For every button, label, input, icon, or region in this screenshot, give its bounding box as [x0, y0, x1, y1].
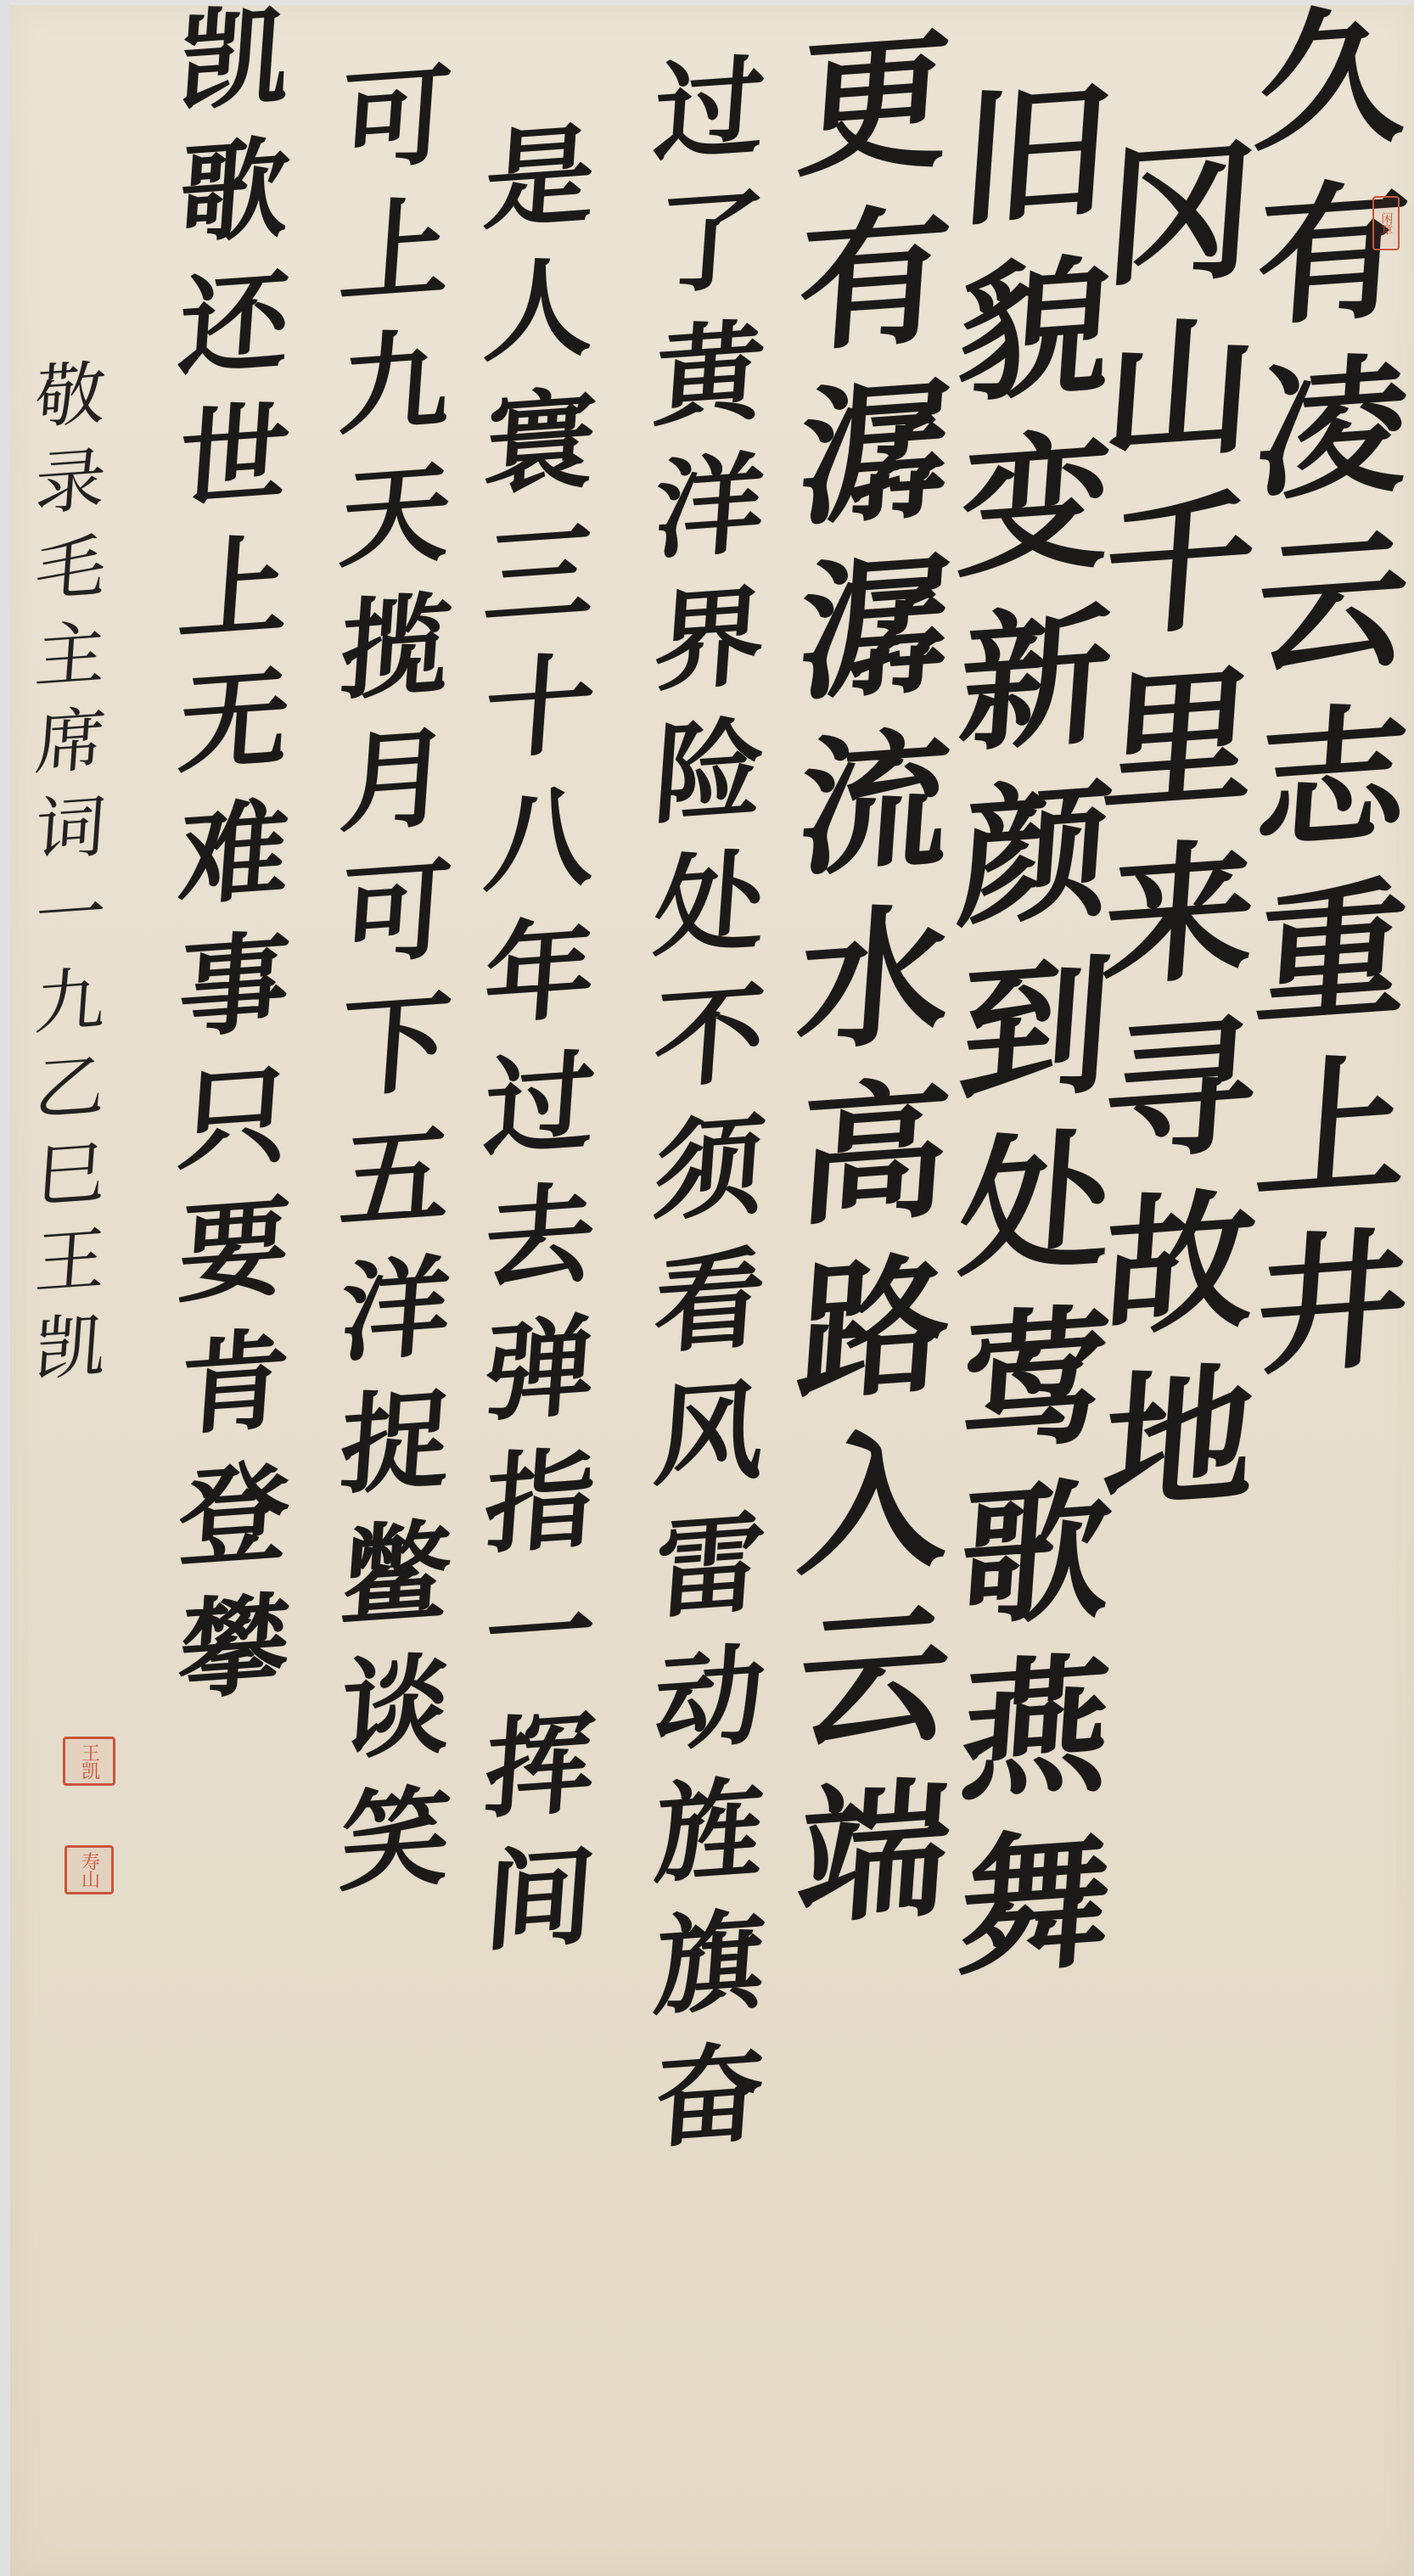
poem-character: 凯 [176, 2, 293, 118]
poem-character: 端 [794, 1774, 955, 1933]
inscription-character: 一 [33, 878, 108, 953]
poem-character: 处 [651, 847, 768, 963]
inscription-column: 敬录毛主席词一九乙巳王凯 [36, 362, 105, 1400]
poem-character: 只 [176, 1061, 293, 1177]
poem-character: 过 [651, 53, 768, 169]
poem-character: 燕 [955, 1650, 1116, 1810]
poem-character: 指 [481, 1445, 598, 1561]
poem-character: 难 [176, 796, 293, 912]
poem-character: 到 [955, 951, 1116, 1110]
poem-character: 奋 [651, 2039, 768, 2155]
poem-character: 歌 [955, 1475, 1116, 1635]
poem-character: 风 [651, 1377, 768, 1493]
poem-character: 下 [337, 988, 454, 1104]
poem-character: 可 [337, 856, 454, 972]
poem-character: 动 [651, 1642, 768, 1758]
inscription-character: 乙 [33, 1052, 108, 1126]
poem-character: 貌 [955, 251, 1116, 411]
poem-character: 三 [481, 518, 598, 634]
poem-character: 弹 [481, 1312, 598, 1428]
poem-character: 天 [337, 458, 454, 575]
poem-character: 八 [481, 783, 598, 899]
inscription-character: 主 [33, 619, 108, 693]
poem-character: 世 [176, 399, 293, 515]
poem-character: 重 [1252, 874, 1413, 1034]
poem-character: 人 [481, 253, 598, 369]
poem-character: 高 [794, 1075, 955, 1234]
poem-character: 去 [481, 1180, 598, 1296]
poem-character: 井 [1252, 1224, 1413, 1383]
poem-character: 新 [955, 601, 1116, 760]
poem-character: 山 [1099, 311, 1260, 470]
poem-character: 上 [337, 194, 454, 310]
poem-character: 云 [1252, 525, 1413, 684]
calligraphy-scroll: 久有凌云志重上井冈山千里来寻故地旧貌变新颜到处莺歌燕舞更有潺潺流水高路入云端过了… [10, 5, 1414, 2576]
poem-character: 来 [1099, 835, 1260, 995]
poem-character: 寻 [1099, 1010, 1260, 1170]
inscription-character: 凯 [33, 1311, 108, 1386]
poem-character: 舞 [955, 1825, 1116, 1984]
poem-character: 过 [481, 1047, 598, 1164]
inscription-character: 词 [33, 792, 108, 867]
inscription-character: 录 [33, 446, 108, 520]
red-seal-stamp-3: 闲章 [1372, 196, 1400, 250]
poem-character: 间 [481, 1842, 598, 1958]
poem-character: 须 [651, 1112, 768, 1228]
poem-character: 处 [955, 1125, 1116, 1285]
poem-character: 志 [1252, 699, 1413, 859]
inscription-character: 九 [33, 965, 108, 1040]
inscription-character: 敬 [33, 359, 108, 434]
poem-character: 故 [1099, 1185, 1260, 1344]
poem-character: 旧 [955, 76, 1116, 236]
poem-column-7: 可上九天揽月可下五洋捉鳖谈笑 [341, 65, 450, 1918]
poem-character: 可 [337, 61, 454, 177]
poem-character: 上 [1252, 1049, 1413, 1209]
poem-column-6: 是人寰三十八年过去弹指一挥间 [485, 124, 594, 1978]
poem-character: 险 [651, 715, 768, 831]
poem-character: 入 [794, 1424, 955, 1584]
poem-character: 看 [651, 1244, 768, 1361]
poem-character: 挥 [481, 1709, 598, 1826]
poem-character: 笑 [337, 1782, 454, 1899]
poem-character: 九 [337, 326, 454, 442]
poem-character: 登 [176, 1458, 293, 1574]
poem-character: 里 [1099, 660, 1260, 820]
poem-character: 冈 [1099, 136, 1260, 295]
poem-character: 更 [794, 25, 955, 185]
poem-character: 久 [1252, 0, 1413, 160]
poem-character: 千 [1099, 485, 1260, 645]
poem-character: 洋 [651, 450, 768, 566]
poem-character: 捉 [337, 1385, 454, 1501]
poem-character: 要 [176, 1193, 293, 1310]
poem-character: 黄 [651, 317, 768, 434]
poem-character: 颜 [955, 776, 1116, 935]
poem-character: 水 [794, 900, 955, 1059]
poem-character: 一 [481, 1577, 598, 1693]
poem-character: 变 [955, 426, 1116, 586]
poem-column-2: 冈山千里来寻故地 [1105, 141, 1254, 1540]
poem-character: 凌 [1252, 350, 1413, 509]
poem-character: 鳖 [337, 1518, 454, 1634]
poem-character: 攀 [176, 1591, 293, 1707]
poem-character: 不 [651, 979, 768, 1096]
poem-character: 谈 [337, 1650, 454, 1766]
red-seal-stamp-1: 王凯 [63, 1737, 115, 1786]
poem-character: 潺 [794, 375, 955, 535]
poem-character: 潺 [794, 550, 955, 710]
poem-character: 寰 [481, 385, 598, 502]
poem-character: 五 [337, 1120, 454, 1237]
poem-character: 洋 [337, 1253, 454, 1369]
red-seal-stamp-2: 寿山 [65, 1845, 114, 1894]
poem-character: 了 [651, 185, 768, 301]
poem-character: 年 [481, 915, 598, 1031]
inscription-character: 王 [33, 1225, 108, 1299]
poem-character: 流 [794, 725, 955, 884]
poem-character: 无 [176, 664, 293, 780]
poem-character: 雷 [651, 1509, 768, 1625]
poem-character: 是 [481, 121, 598, 237]
poem-character: 云 [794, 1599, 955, 1759]
poem-character: 月 [337, 723, 454, 839]
poem-column-8: 凯歌还世上无难事只要肯登攀 [180, 5, 289, 1726]
poem-character: 事 [176, 929, 293, 1045]
poem-character: 有 [794, 200, 955, 360]
poem-character: 还 [176, 267, 293, 383]
poem-column-5: 过了黄洋界险处不须看风雷动旌旗奋 [655, 56, 764, 2175]
poem-character: 歌 [176, 134, 293, 250]
poem-character: 肯 [176, 1326, 293, 1442]
poem-column-3: 旧貌变新颜到处莺歌燕舞 [961, 81, 1110, 2005]
poem-character: 上 [176, 531, 293, 648]
poem-character: 莺 [955, 1300, 1116, 1460]
poem-character: 地 [1099, 1360, 1260, 1519]
inscription-character: 巳 [33, 1138, 108, 1213]
poem-character: 路 [794, 1249, 955, 1409]
photo-left-edge [0, 0, 10, 2576]
poem-column-4: 更有潺潺流水高路入云端 [800, 31, 949, 1954]
poem-character: 界 [651, 582, 768, 699]
inscription-character: 席 [33, 705, 108, 780]
inscription-character: 毛 [33, 532, 108, 607]
poem-character: 十 [481, 650, 598, 766]
poem-character: 旌 [651, 1774, 768, 1890]
poem-character: 旗 [651, 1906, 768, 2023]
poem-character: 揽 [337, 591, 454, 707]
